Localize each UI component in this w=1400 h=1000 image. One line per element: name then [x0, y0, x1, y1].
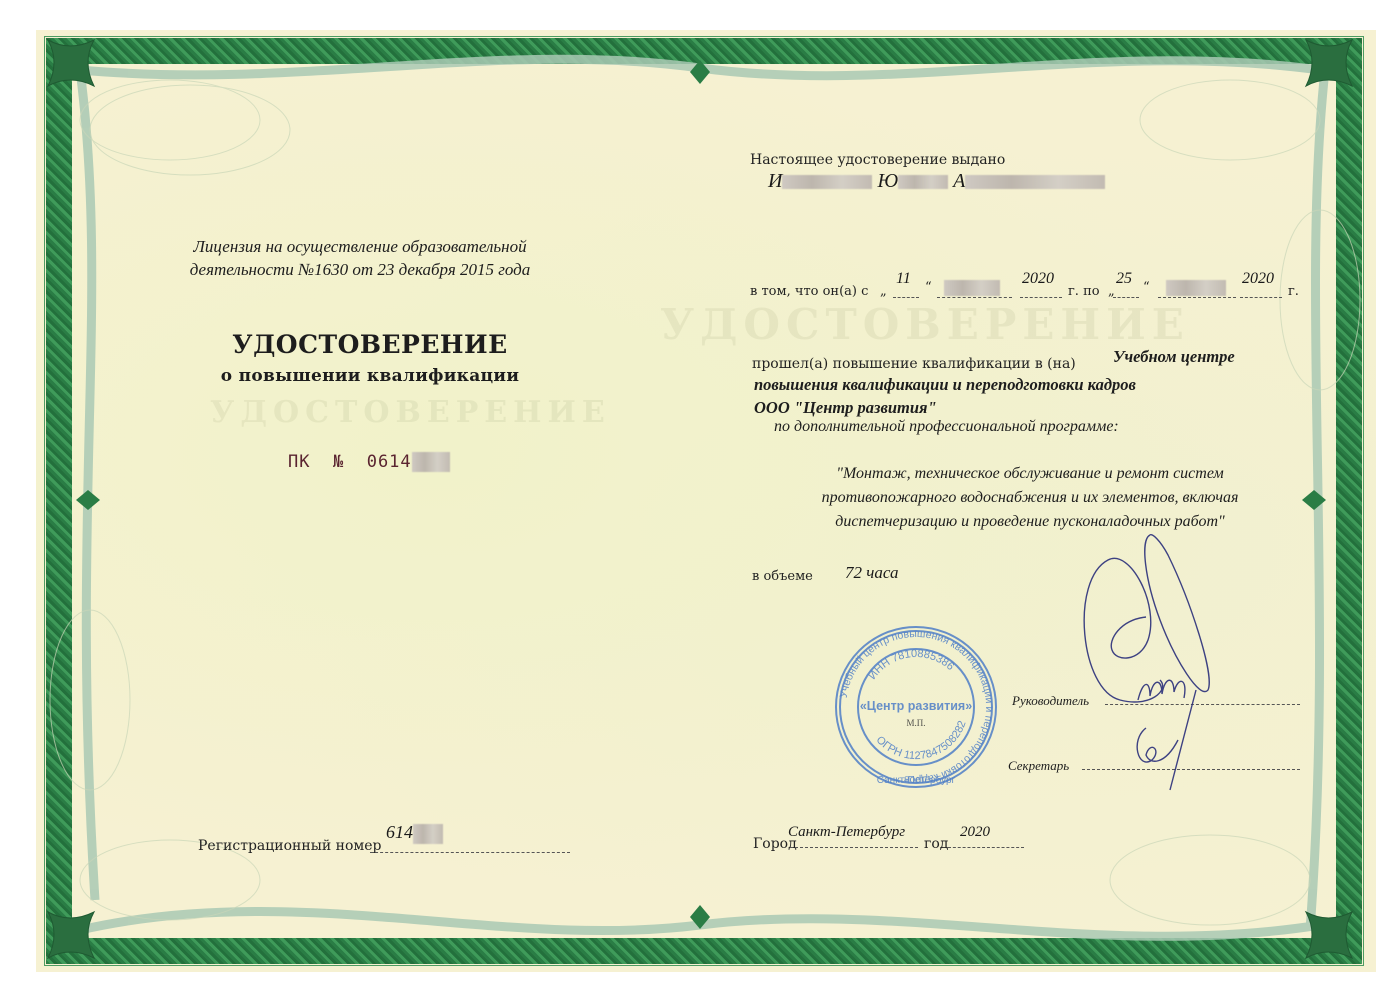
quote-mark: „ — [880, 284, 887, 299]
redacted-block — [898, 175, 948, 189]
underline — [790, 847, 918, 848]
certificate-subtitle: о повышении квалификации — [190, 366, 550, 386]
name-initial: Ю — [877, 170, 898, 192]
name-initial: А — [953, 170, 965, 192]
secretary-label: Секретарь — [1008, 758, 1069, 774]
license-line-1: Лицензия на осуществление образовательно… — [150, 235, 570, 258]
end-year: 2020 — [1242, 270, 1274, 288]
registration-underline — [370, 852, 570, 853]
volume-value: 72 часа — [845, 563, 898, 583]
registration-number: 614 — [386, 822, 443, 844]
redacted-block — [782, 175, 872, 189]
registration-label: Регистрационный номер — [198, 838, 382, 854]
city-value: Санкт-Петербург — [788, 824, 905, 841]
org-line-2: повышения квалификации и переподготовки … — [754, 375, 1136, 395]
end-day: 25 — [1116, 270, 1132, 288]
passed-label: прошел(а) повышение квалификации в (на) — [752, 356, 1076, 372]
year-suffix: г. — [1288, 284, 1299, 299]
secretary-signature-line — [1082, 769, 1300, 770]
issued-to-label: Настоящее удостоверение выдано — [750, 152, 1005, 168]
year-value: 2020 — [960, 824, 990, 841]
license-line-2: деятельности №1630 от 23 декабря 2015 го… — [150, 258, 570, 281]
quote-mark: “ — [1143, 280, 1150, 295]
underline — [893, 297, 919, 298]
underline — [1240, 297, 1282, 298]
underline — [937, 297, 1012, 298]
volume-label: в объеме — [752, 569, 813, 584]
redacted-block — [965, 175, 1105, 189]
name-initial: И — [768, 170, 782, 192]
recipient-name: И Ю А — [768, 170, 1105, 193]
serial-no-sign: № — [333, 452, 344, 472]
dates-label: в том, что он(а) с — [750, 284, 868, 299]
underline — [948, 847, 1024, 848]
serial-prefix: ПК — [288, 452, 310, 472]
serial-number: ПК № 0614 — [288, 452, 450, 472]
program-line-1: "Монтаж, техническое обслуживание и ремо… — [780, 462, 1280, 486]
underline — [1158, 297, 1236, 298]
year-suffix: г. по — [1068, 284, 1100, 299]
program-line-3: диспетчеризацию и проведение пусконаладо… — [780, 510, 1280, 534]
org-line-3: ООО "Центр развития" — [754, 398, 937, 418]
program-line-2: противопожарного водоснабжения и их элем… — [780, 486, 1280, 510]
redacted-start-month — [944, 280, 1000, 296]
certificate-title: УДОСТОВЕРЕНИЕ — [190, 330, 550, 359]
redacted-block — [412, 452, 450, 472]
quote-mark: “ — [925, 280, 932, 295]
start-day: 11 — [896, 270, 911, 288]
redacted-end-month — [1166, 280, 1226, 296]
head-signature-line — [1105, 704, 1300, 705]
head-label: Руководитель — [1012, 693, 1089, 709]
underline — [1020, 297, 1062, 298]
start-year: 2020 — [1022, 270, 1054, 288]
redacted-block — [413, 824, 443, 844]
year-label: год — [924, 836, 948, 852]
underline — [1113, 297, 1139, 298]
registration-digits: 614 — [386, 822, 413, 842]
serial-digits: 0614 — [367, 452, 412, 472]
program-label: по дополнительной профессиональной прогр… — [774, 418, 1119, 436]
org-line-1: Учебном центре — [1113, 347, 1235, 367]
